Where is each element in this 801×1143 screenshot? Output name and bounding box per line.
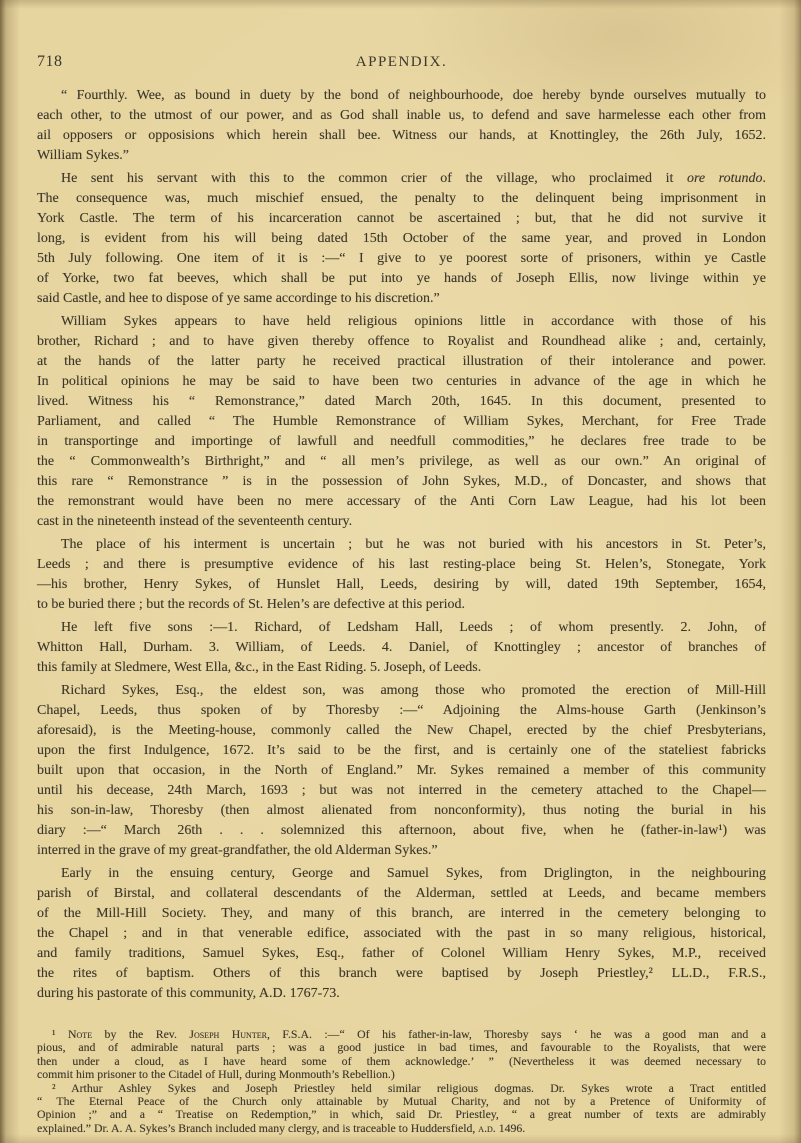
text-line: In political opinions he may be said to … (37, 372, 766, 392)
paragraph-7: Early in the ensuing century, George and… (37, 864, 766, 1004)
text-line: York Castle. The term of his incarcerati… (37, 209, 766, 229)
text-line: Richard Sykes, Esq., the eldest son, was… (37, 681, 766, 701)
text-line: then under a cloud, as I have heard some… (37, 1055, 766, 1068)
text-line: built upon that occasion, in the North o… (37, 761, 766, 781)
text-line: to be buried there ; but the records of … (37, 595, 766, 615)
text-line: cast in the nineteenth instead of the se… (37, 512, 766, 532)
text-line: of the Mill-Hill Society. They, and many… (37, 904, 766, 924)
text-line: The consequence was, much mischief ensue… (37, 189, 766, 209)
text-line: “ The Eternal Peace of the Church only a… (37, 1095, 766, 1108)
text-line: Leeds ; and there is presumptive evidenc… (37, 555, 766, 575)
text-line: ¹ Note by the Rev. Joseph Hunter, F.S.A.… (37, 1028, 766, 1041)
text-line: the rites of baptism. Others of this bra… (37, 964, 766, 984)
paragraph-2: He sent his servant with this to the com… (37, 169, 766, 309)
text-line: ² Arthur Ashley Sykes and Joseph Priestl… (37, 1082, 766, 1095)
text-line: until his decease, 24th March, 1693 ; bu… (37, 781, 766, 801)
text-line: and family traditions, Samuel Sykes, Esq… (37, 944, 766, 964)
text-line: at the hands of the latter party he rece… (37, 352, 766, 372)
text-column: “ Fourthly. Wee, as bound in duety by th… (37, 86, 766, 1135)
text-line: The place of his interment is uncertain … (37, 535, 766, 555)
text-line: lived. Witness his “ Remonstrance,” date… (37, 392, 766, 412)
paragraph-6: Richard Sykes, Esq., the eldest son, was… (37, 681, 766, 861)
text-line: in transportinge and importinge of lawfu… (37, 432, 766, 452)
footnote-2: ² Arthur Ashley Sykes and Joseph Priestl… (37, 1082, 766, 1136)
text-line: “ Fourthly. Wee, as bound in duety by th… (37, 86, 766, 106)
text-line: each other, to the utmost of our power, … (37, 106, 766, 126)
text-line: Chapel, Leeds, thus spoken of by Thoresb… (37, 701, 766, 721)
paragraph-1: “ Fourthly. Wee, as bound in duety by th… (37, 86, 766, 166)
book-page: 718 APPENDIX. “ Fourthly. Wee, as bound … (0, 0, 801, 1143)
footnote-1: ¹ Note by the Rev. Joseph Hunter, F.S.A.… (37, 1028, 766, 1082)
text-line: this family at Sledmere, West Ella, &c.,… (37, 658, 766, 678)
paragraph-3: William Sykes appears to have held relig… (37, 312, 766, 532)
text-line: diary :—“ March 26th . . . solemnized th… (37, 821, 766, 841)
text-line: interred in the grave of my great-grandf… (37, 841, 766, 861)
paragraph-4: The place of his interment is uncertain … (37, 535, 766, 615)
text-line: his son-in-law, Thoresby (then almost al… (37, 801, 766, 821)
text-line: He sent his servant with this to the com… (37, 169, 766, 189)
text-line: commit him prisoner to the Citadel of Hu… (37, 1068, 766, 1081)
paragraph-5: He left five sons :—1. Richard, of Ledsh… (37, 618, 766, 678)
text-line: the Chapel ; and in that venerable edifi… (37, 924, 766, 944)
text-line: the “ Commonwealth’s Birthright,” and “ … (37, 452, 766, 472)
text-line: Opinion ;” and a “ Treatise on Redemptio… (37, 1108, 766, 1121)
text-line: long, is evident from his will being dat… (37, 229, 766, 249)
text-line: of Yorke, two fat beeves, which shall be… (37, 269, 766, 289)
text-line: the remonstrant would have been no mere … (37, 492, 766, 512)
text-line: during his pastorate of this community, … (37, 984, 766, 1004)
text-line: ail opposers or opposisions which herein… (37, 126, 766, 146)
text-line: upon the first Indulgence, 1672. It’s sa… (37, 741, 766, 761)
text-line: said Castle, and hee to dispose of ye sa… (37, 289, 766, 309)
text-line: 5th July following. One item of it is :—… (37, 249, 766, 269)
text-line: Early in the ensuing century, George and… (37, 864, 766, 884)
text-line: this rare “ Remonstrance ” is in the pos… (37, 472, 766, 492)
text-line: parish of Birstal, and collateral descen… (37, 884, 766, 904)
text-line: William Sykes appears to have held relig… (37, 312, 766, 332)
footnotes-section: ¹ Note by the Rev. Joseph Hunter, F.S.A.… (37, 1028, 766, 1135)
text-line: William Sykes.” (37, 146, 766, 166)
text-line: He left five sons :—1. Richard, of Ledsh… (37, 618, 766, 638)
text-line: Whitton Hall, Durham. 3. William, of Lee… (37, 638, 766, 658)
text-line: pious, and of admirable natural parts ; … (37, 1041, 766, 1054)
text-line: Parliament, and called “ The Humble Remo… (37, 412, 766, 432)
text-line: aforesaid), is the Meeting-house, common… (37, 721, 766, 741)
page-header-title: APPENDIX. (37, 54, 766, 71)
text-line: brother, Richard ; and to have given the… (37, 332, 766, 352)
body-text: “ Fourthly. Wee, as bound in duety by th… (37, 86, 766, 1004)
text-line: —his brother, Henry Sykes, of Hunslet Ha… (37, 575, 766, 595)
text-line: explained.” Dr. A. A. Sykes’s Branch inc… (37, 1122, 766, 1135)
